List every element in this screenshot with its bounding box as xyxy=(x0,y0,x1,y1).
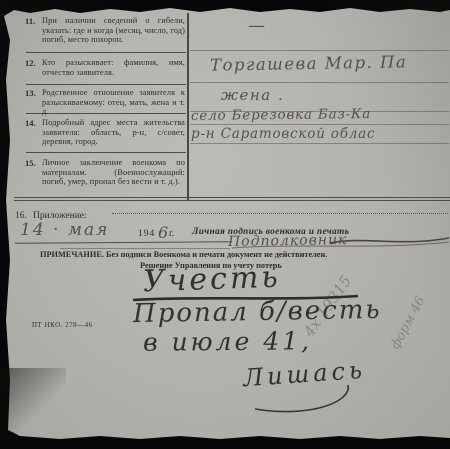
year-handwritten: 6 xyxy=(158,223,168,242)
date-underline xyxy=(15,241,232,244)
row-label: Родственное отношение заявителя к разыск… xyxy=(42,88,185,117)
commissar-signature-overlay: Подполковник xyxy=(228,232,348,250)
bottom-signature: Лишась xyxy=(242,356,367,393)
attachment-dotted-line xyxy=(112,212,448,214)
row-number: 14. xyxy=(25,118,41,128)
row-number: 15. xyxy=(25,158,41,168)
table-bottom-line xyxy=(14,197,450,198)
row-number: 11. xyxy=(25,16,41,26)
form-code: ПТ НКО. 278—46 xyxy=(32,321,93,329)
writing-line xyxy=(190,50,449,51)
date-underline-2 xyxy=(60,248,230,249)
row-label: При наличии сведений о гибели, указать: … xyxy=(42,16,185,45)
note-line: ПРИМЕЧАНИЕ. Без подписи Военкома и печат… xyxy=(40,250,327,259)
writing-line xyxy=(190,124,449,125)
row-number: 13. xyxy=(25,88,41,98)
year-suffix: г. xyxy=(169,229,174,239)
resolution-word: Учесть xyxy=(142,260,281,300)
writing-line xyxy=(190,143,449,144)
scanned-form-paper: 11. При наличии сведений о гибели, указа… xyxy=(0,0,450,449)
handwritten-date: 14 · мая xyxy=(20,220,109,240)
handwritten-entry-address-line1: село Березовка Баз-Ка xyxy=(191,106,371,124)
table-bottom-line xyxy=(14,200,450,201)
handwritten-entry-relation: жена . xyxy=(221,86,284,104)
handwritten-entry-address-line2: р-н Саратовской облас xyxy=(191,126,375,142)
resolution-line2: Пропал б/весть xyxy=(133,295,382,329)
handwritten-entry-dash: — xyxy=(248,16,265,36)
row-label: Личное заключение военкома по материалам… xyxy=(42,158,185,187)
handwritten-entry-claimant-name: Торгашева Мар. Па xyxy=(210,52,408,74)
pencil-note: форм 46 xyxy=(388,294,428,352)
row-separator xyxy=(26,152,186,153)
writing-line xyxy=(190,82,449,83)
row-label: Подробный адрес места жительства заявите… xyxy=(42,118,185,147)
row-separator xyxy=(26,52,186,53)
signature-flourish-stroke xyxy=(330,238,449,243)
row-label: Кто разыскивает: фамилия, имя, отчество … xyxy=(42,58,185,77)
table-column-divider xyxy=(187,13,189,200)
resolution-line3: в июле 41, xyxy=(143,326,312,356)
year-printed: 194 xyxy=(138,229,155,239)
row-number: 12. xyxy=(25,58,41,68)
row-separator xyxy=(26,84,186,85)
